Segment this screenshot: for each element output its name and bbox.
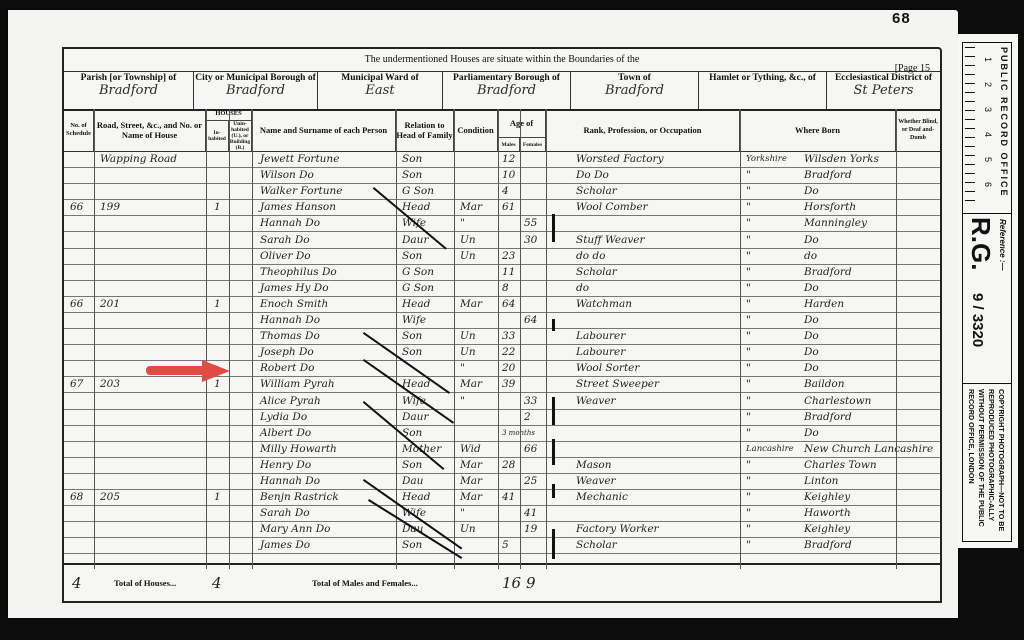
cell-condition: Mar (460, 376, 482, 392)
cell-born: Bradford (804, 167, 852, 183)
cell-condition: Mar (460, 457, 482, 473)
cell-name: Mary Ann Do (260, 521, 331, 537)
col-males: Males (498, 137, 520, 151)
cell-born: Charles Town (804, 457, 877, 473)
cell-relation: Daur (402, 409, 428, 425)
cell-name: James Hanson (260, 199, 336, 215)
cell-born: Haworth (804, 505, 851, 521)
total-persons-label: Total of Males and Females... (312, 565, 418, 601)
cell-born-county: " (746, 505, 751, 521)
copyright-block: COPYRIGHT PHOTOGRAPH—NOT TO BE REPRODUCE… (963, 383, 1011, 541)
cell-born: Keighley (804, 489, 850, 505)
col-uninhabited: Unin-habited (U.), or Building (B.) (229, 121, 252, 151)
census-row: Sarah DoWife"41"Haworth (64, 505, 940, 522)
record-office-title: PUBLIC RECORD OFFICE (999, 47, 1009, 198)
cell-road: Wapping Road (100, 151, 177, 167)
cell-born: New Church Lancashire (804, 441, 933, 457)
cell-relation: Son (402, 151, 422, 167)
cell-name: Walker Fortune (260, 183, 342, 199)
cell-born: Bradford (804, 409, 852, 425)
cell-born: Wilsden Yorks (804, 151, 879, 167)
cell-occupation: Worsted Factory (576, 151, 664, 167)
cell-born-county: " (746, 393, 751, 409)
cell-occupation: Scholar (576, 537, 617, 553)
grid-line (740, 109, 741, 569)
ruler-number: 1 (983, 57, 993, 62)
cell-born: Horsforth (804, 199, 856, 215)
census-row: Hannah DoDauMar25Weaver"Linton (64, 473, 940, 490)
grid-line (206, 109, 207, 569)
ward-cell: Municipal Ward of East (318, 71, 443, 109)
cell-born-county: " (746, 521, 751, 537)
census-form: The undermentioned Houses are situate wi… (62, 47, 942, 603)
cell-born-county: " (746, 199, 751, 215)
cell-name: Wilson Do (260, 167, 314, 183)
cell-female: 30 (524, 232, 537, 248)
cell-relation: Dau (402, 473, 423, 489)
cell-born-county: Yorkshire (746, 151, 787, 167)
cell-condition: Mar (460, 473, 482, 489)
ecclesiastical-value: St Peters (827, 84, 940, 98)
cell-male: 12 (502, 151, 515, 167)
cell-born: Do (804, 312, 819, 328)
cell-road: 205 (100, 489, 120, 505)
parish-cell: Parish [or Township] of Bradford (64, 71, 194, 109)
cell-occupation: Do Do (576, 167, 609, 183)
reference-series: R.G. (965, 217, 996, 270)
census-row: Lydia DoDaur2"Bradford (64, 409, 940, 426)
cell-male: 23 (502, 248, 515, 264)
cell-female: 55 (524, 215, 537, 231)
cell-male: 41 (502, 489, 515, 505)
cell-condition: Mar (460, 489, 482, 505)
arrow-head-icon (202, 360, 230, 382)
cell-relation: Head (402, 489, 430, 505)
grid-line (94, 109, 95, 569)
cell-born: Bradford (804, 264, 852, 280)
cell-condition: Mar (460, 296, 482, 312)
ruler-number: 6 (983, 182, 993, 187)
total-schedules: 4 (72, 565, 82, 601)
cell-relation: G Son (402, 280, 434, 296)
cell-name: James Do (260, 537, 310, 553)
cell-occupation: Factory Worker (576, 521, 659, 537)
census-row: Mary Ann DoDauUn19Factory Worker"Keighle… (64, 521, 940, 538)
cell-male: 3 months (502, 425, 535, 441)
census-row: Albert DoSon3 months"Do (64, 425, 940, 442)
cell-male: 10 (502, 167, 515, 183)
cell-relation: Son (402, 344, 422, 360)
col-condition: Condition (454, 109, 498, 151)
cell-name: Hannah Do (260, 312, 320, 328)
col-blind: Whether Blind, or Deaf and-Dumb (896, 109, 940, 151)
cell-born-county: " (746, 280, 751, 296)
reference-label: Reference :— (998, 219, 1007, 271)
cell-occupation: Wool Comber (576, 199, 648, 215)
town-cell: Town of Bradford (571, 71, 699, 109)
cell-inhabited: 1 (214, 296, 221, 312)
cell-born-county: " (746, 376, 751, 392)
parish-value: Bradford (64, 84, 193, 98)
cell-road: 199 (100, 199, 120, 215)
census-row: 661991James HansonHeadMar61Wool Comber"H… (64, 199, 940, 216)
reference-piece: 9 / 3320 (969, 293, 986, 347)
copyright-notice: COPYRIGHT PHOTOGRAPH—NOT TO BE REPRODUCE… (966, 389, 1006, 541)
census-row: Walker FortuneG Son4Scholar"Do (64, 183, 940, 200)
cell-born: Linton (804, 473, 838, 489)
cell-condition: Un (460, 521, 476, 537)
total-houses: 4 (212, 565, 222, 601)
totals-row: 4 Total of Houses... 4 Total of Males an… (64, 563, 940, 601)
cell-name: Sarah Do (260, 232, 310, 248)
cell-relation: Head (402, 296, 430, 312)
total-females: 9 (526, 565, 536, 601)
cell-name: Milly Howarth (260, 441, 337, 457)
cell-occupation: Weaver (576, 473, 616, 489)
cell-name: Robert Do (260, 360, 314, 376)
cell-born-county: " (746, 537, 751, 553)
cell-born: Do (804, 360, 819, 376)
census-row: 662011Enoch SmithHeadMar64Watchman"Harde… (64, 296, 940, 313)
cell-condition: Un (460, 328, 476, 344)
cell-born: Do (804, 183, 819, 199)
cell-born-county: " (746, 215, 751, 231)
record-office-box: 123456 PUBLIC RECORD OFFICE R.G. 9 / 332… (962, 42, 1012, 542)
cell-condition: " (460, 215, 465, 231)
col-inhabited: In-habited (206, 121, 229, 151)
cell-relation: Head (402, 199, 430, 215)
cell-name: Jewett Fortune (260, 151, 339, 167)
col-name: Name and Surname of each Person (252, 109, 396, 151)
cell-schedule: 66 (70, 199, 83, 215)
cell-born: Do (804, 344, 819, 360)
cell-name: Hannah Do (260, 215, 320, 231)
parliamentary-value: Bradford (443, 84, 570, 98)
cell-inhabited: 1 (214, 489, 221, 505)
census-row: Joseph DoSonUn22Labourer"Do (64, 344, 940, 361)
cell-relation: Son (402, 248, 422, 264)
col-occupation: Rank, Profession, or Occupation (546, 109, 740, 151)
cell-condition: Wid (460, 441, 481, 457)
grid-line (229, 109, 230, 569)
hamlet-cell: Hamlet or Tything, &c., of (699, 71, 827, 109)
census-row: Wapping RoadJewett FortuneSon12Worsted F… (64, 151, 940, 168)
cell-name: Sarah Do (260, 505, 310, 521)
cell-condition: Mar (460, 199, 482, 215)
census-row: Thomas DoSonUn33Labourer"Do (64, 328, 940, 345)
cell-female: 19 (524, 521, 537, 537)
arrow-shaft (146, 366, 204, 375)
cell-relation: Daur (402, 232, 428, 248)
cell-born-county: " (746, 264, 751, 280)
ruler-ticks (965, 47, 975, 205)
cell-born: Do (804, 425, 819, 441)
cell-born-county: " (746, 312, 751, 328)
borough-value: Bradford (194, 84, 317, 98)
census-row: Hannah DoWife64"Do (64, 312, 940, 329)
cell-relation: Son (402, 537, 422, 553)
cell-born-county: Lancashire (746, 441, 794, 457)
cell-male: 61 (502, 199, 515, 215)
grid-line (252, 109, 253, 569)
col-schedule: No. of Schedule (64, 109, 94, 151)
census-row: Henry DoSonMar28Mason"Charles Town (64, 457, 940, 474)
cell-male: 64 (502, 296, 515, 312)
town-value: Bradford (571, 84, 698, 98)
cell-born: Do (804, 280, 819, 296)
tally-bar (552, 319, 555, 331)
cell-male: 20 (502, 360, 515, 376)
boundaries-row: Parish [or Township] of Bradford City or… (64, 71, 940, 111)
cell-born-county: " (746, 457, 751, 473)
census-row: Hannah DoWife"55"Manningley (64, 215, 940, 232)
cell-relation: G Son (402, 183, 434, 199)
tally-bar (552, 439, 555, 465)
cell-female: 25 (524, 473, 537, 489)
cell-name: Alice Pyrah (260, 393, 321, 409)
cell-name: Enoch Smith (260, 296, 328, 312)
cell-name: Albert Do (260, 425, 311, 441)
cell-born: Harden (804, 296, 844, 312)
cell-occupation: Labourer (576, 328, 625, 344)
total-houses-label: Total of Houses... (114, 565, 176, 601)
cell-born: Manningley (804, 215, 867, 231)
cell-male: 28 (502, 457, 515, 473)
cell-condition: Un (460, 232, 476, 248)
cell-road: 203 (100, 376, 120, 392)
grid-line (498, 109, 499, 569)
cell-female: 33 (524, 393, 537, 409)
cell-road: 201 (100, 296, 120, 312)
boundaries-banner: The undermentioned Houses are situate wi… (64, 49, 940, 72)
ruler-number: 5 (983, 157, 993, 162)
col-age: Age of (498, 109, 546, 137)
census-row: James DoSon5Scholar"Bradford (64, 537, 940, 554)
tally-bar (552, 397, 555, 425)
cell-occupation: Street Sweeper (576, 376, 659, 392)
col-females: Females (520, 137, 546, 151)
cell-name: Hannah Do (260, 473, 320, 489)
cell-name: Lydia Do (260, 409, 307, 425)
ward-value: East (318, 84, 442, 98)
cell-relation: Son (402, 167, 422, 183)
cell-born: Bradford (804, 537, 852, 553)
cell-male: 33 (502, 328, 515, 344)
cell-name: Thomas Do (260, 328, 320, 344)
cell-schedule: 67 (70, 376, 83, 392)
cell-inhabited: 1 (214, 199, 221, 215)
hamlet-label: Hamlet or Tything, &c., of (699, 71, 826, 84)
cell-born: Do (804, 232, 819, 248)
cell-born-county: " (746, 232, 751, 248)
cell-condition: " (460, 505, 465, 521)
ruler-number: 3 (983, 107, 993, 112)
cell-male: 22 (502, 344, 515, 360)
cell-born-county: " (746, 425, 751, 441)
cell-occupation: Wool Sorter (576, 360, 639, 376)
census-row: Sarah DoDaurUn30Stuff Weaver"Do (64, 232, 940, 249)
census-row: Alice PyrahWife"33Weaver"Charlestown (64, 393, 940, 410)
tally-bar (552, 529, 555, 559)
cell-born: Keighley (804, 521, 850, 537)
scale-ruler: 123456 PUBLIC RECORD OFFICE (963, 43, 1011, 214)
cell-occupation: do (576, 280, 589, 296)
col-born: Where Born (740, 109, 896, 151)
cell-male: 11 (502, 264, 515, 280)
cell-born-county: " (746, 409, 751, 425)
cell-condition: Un (460, 248, 476, 264)
ruler-number: 2 (983, 82, 993, 87)
cell-schedule: 66 (70, 296, 83, 312)
cell-male: 8 (502, 280, 509, 296)
parliamentary-cell: Parliamentary Borough of Bradford (443, 71, 571, 109)
cell-born-county: " (746, 167, 751, 183)
cell-name: William Pyrah (260, 376, 335, 392)
cell-born-county: " (746, 360, 751, 376)
grid-line (520, 109, 521, 569)
cell-born-county: " (746, 344, 751, 360)
red-arrow-annotation (146, 360, 230, 382)
cell-relation: Wife (402, 312, 426, 328)
cell-male: 5 (502, 537, 509, 553)
census-row: James Hy DoG Son8do"Do (64, 280, 940, 297)
folio-number: 68 (892, 10, 911, 27)
census-row: Oliver DoSonUn23do do"do (64, 248, 940, 265)
cell-female: 2 (524, 409, 531, 425)
column-headers: No. of Schedule Road, Street, &c., and N… (64, 109, 940, 152)
cell-occupation: Mechanic (576, 489, 628, 505)
total-males: 16 (502, 565, 521, 601)
cell-born-county: " (746, 248, 751, 264)
cell-born: Charlestown (804, 393, 871, 409)
grid-line (896, 109, 897, 569)
cell-name: Benjn Rastrick (260, 489, 339, 505)
cell-occupation: do do (576, 248, 605, 264)
cell-name: Henry Do (260, 457, 311, 473)
cell-occupation: Stuff Weaver (576, 232, 645, 248)
cell-female: 41 (524, 505, 537, 521)
census-row: Milly HowarthMotherWid66LancashireNew Ch… (64, 441, 940, 458)
cell-relation: Son (402, 328, 422, 344)
cell-occupation: Labourer (576, 344, 625, 360)
tally-bar (552, 484, 555, 498)
cell-male: 39 (502, 376, 515, 392)
cell-occupation: Mason (576, 457, 611, 473)
cell-name: Joseph Do (260, 344, 314, 360)
grid-line (546, 109, 547, 569)
grid-line (454, 109, 455, 569)
cell-condition: " (460, 393, 465, 409)
cell-name: Oliver Do (260, 248, 311, 264)
cell-name: James Hy Do (260, 280, 329, 296)
tally-bar (552, 214, 555, 242)
borough-cell: City or Municipal Borough of Bradford (194, 71, 318, 109)
cell-condition: " (460, 360, 465, 376)
census-row: 682051Benjn RastrickHeadMar41Mechanic"Ke… (64, 489, 940, 506)
census-row: Theophilus DoG Son11Scholar"Bradford (64, 264, 940, 281)
cell-born-county: " (746, 183, 751, 199)
ecclesiastical-cell: Ecclesiastical District of St Peters (827, 71, 940, 109)
cell-schedule: 68 (70, 489, 83, 505)
cell-born-county: " (746, 328, 751, 344)
col-road: Road, Street, &c., and No. or Name of Ho… (94, 109, 206, 151)
cell-relation: Son (402, 457, 422, 473)
record-office-strip: 123456 PUBLIC RECORD OFFICE R.G. 9 / 332… (958, 34, 1018, 548)
col-relation: Relation to Head of Family (396, 109, 454, 151)
cell-name: Theophilus Do (260, 264, 337, 280)
cell-occupation: Watchman (576, 296, 632, 312)
census-row: Wilson DoSon10Do Do"Bradford (64, 167, 940, 184)
cell-born: do (804, 248, 817, 264)
cell-born-county: " (746, 296, 751, 312)
reference-block: R.G. 9 / 3320 Reference :— (963, 213, 1011, 384)
cell-occupation: Weaver (576, 393, 616, 409)
ruler-number: 4 (983, 132, 993, 137)
cell-born: Do (804, 328, 819, 344)
ruler-numbers: 123456 (983, 43, 995, 203)
cell-born: Baildon (804, 376, 845, 392)
cell-occupation: Scholar (576, 183, 617, 199)
cell-relation: G Son (402, 264, 434, 280)
cell-occupation: Scholar (576, 264, 617, 280)
cell-born-county: " (746, 473, 751, 489)
grid-line (396, 109, 397, 569)
cell-female: 64 (524, 312, 537, 328)
cell-condition: Un (460, 344, 476, 360)
cell-born-county: " (746, 489, 751, 505)
cell-male: 4 (502, 183, 509, 199)
cell-female: 66 (524, 441, 537, 457)
